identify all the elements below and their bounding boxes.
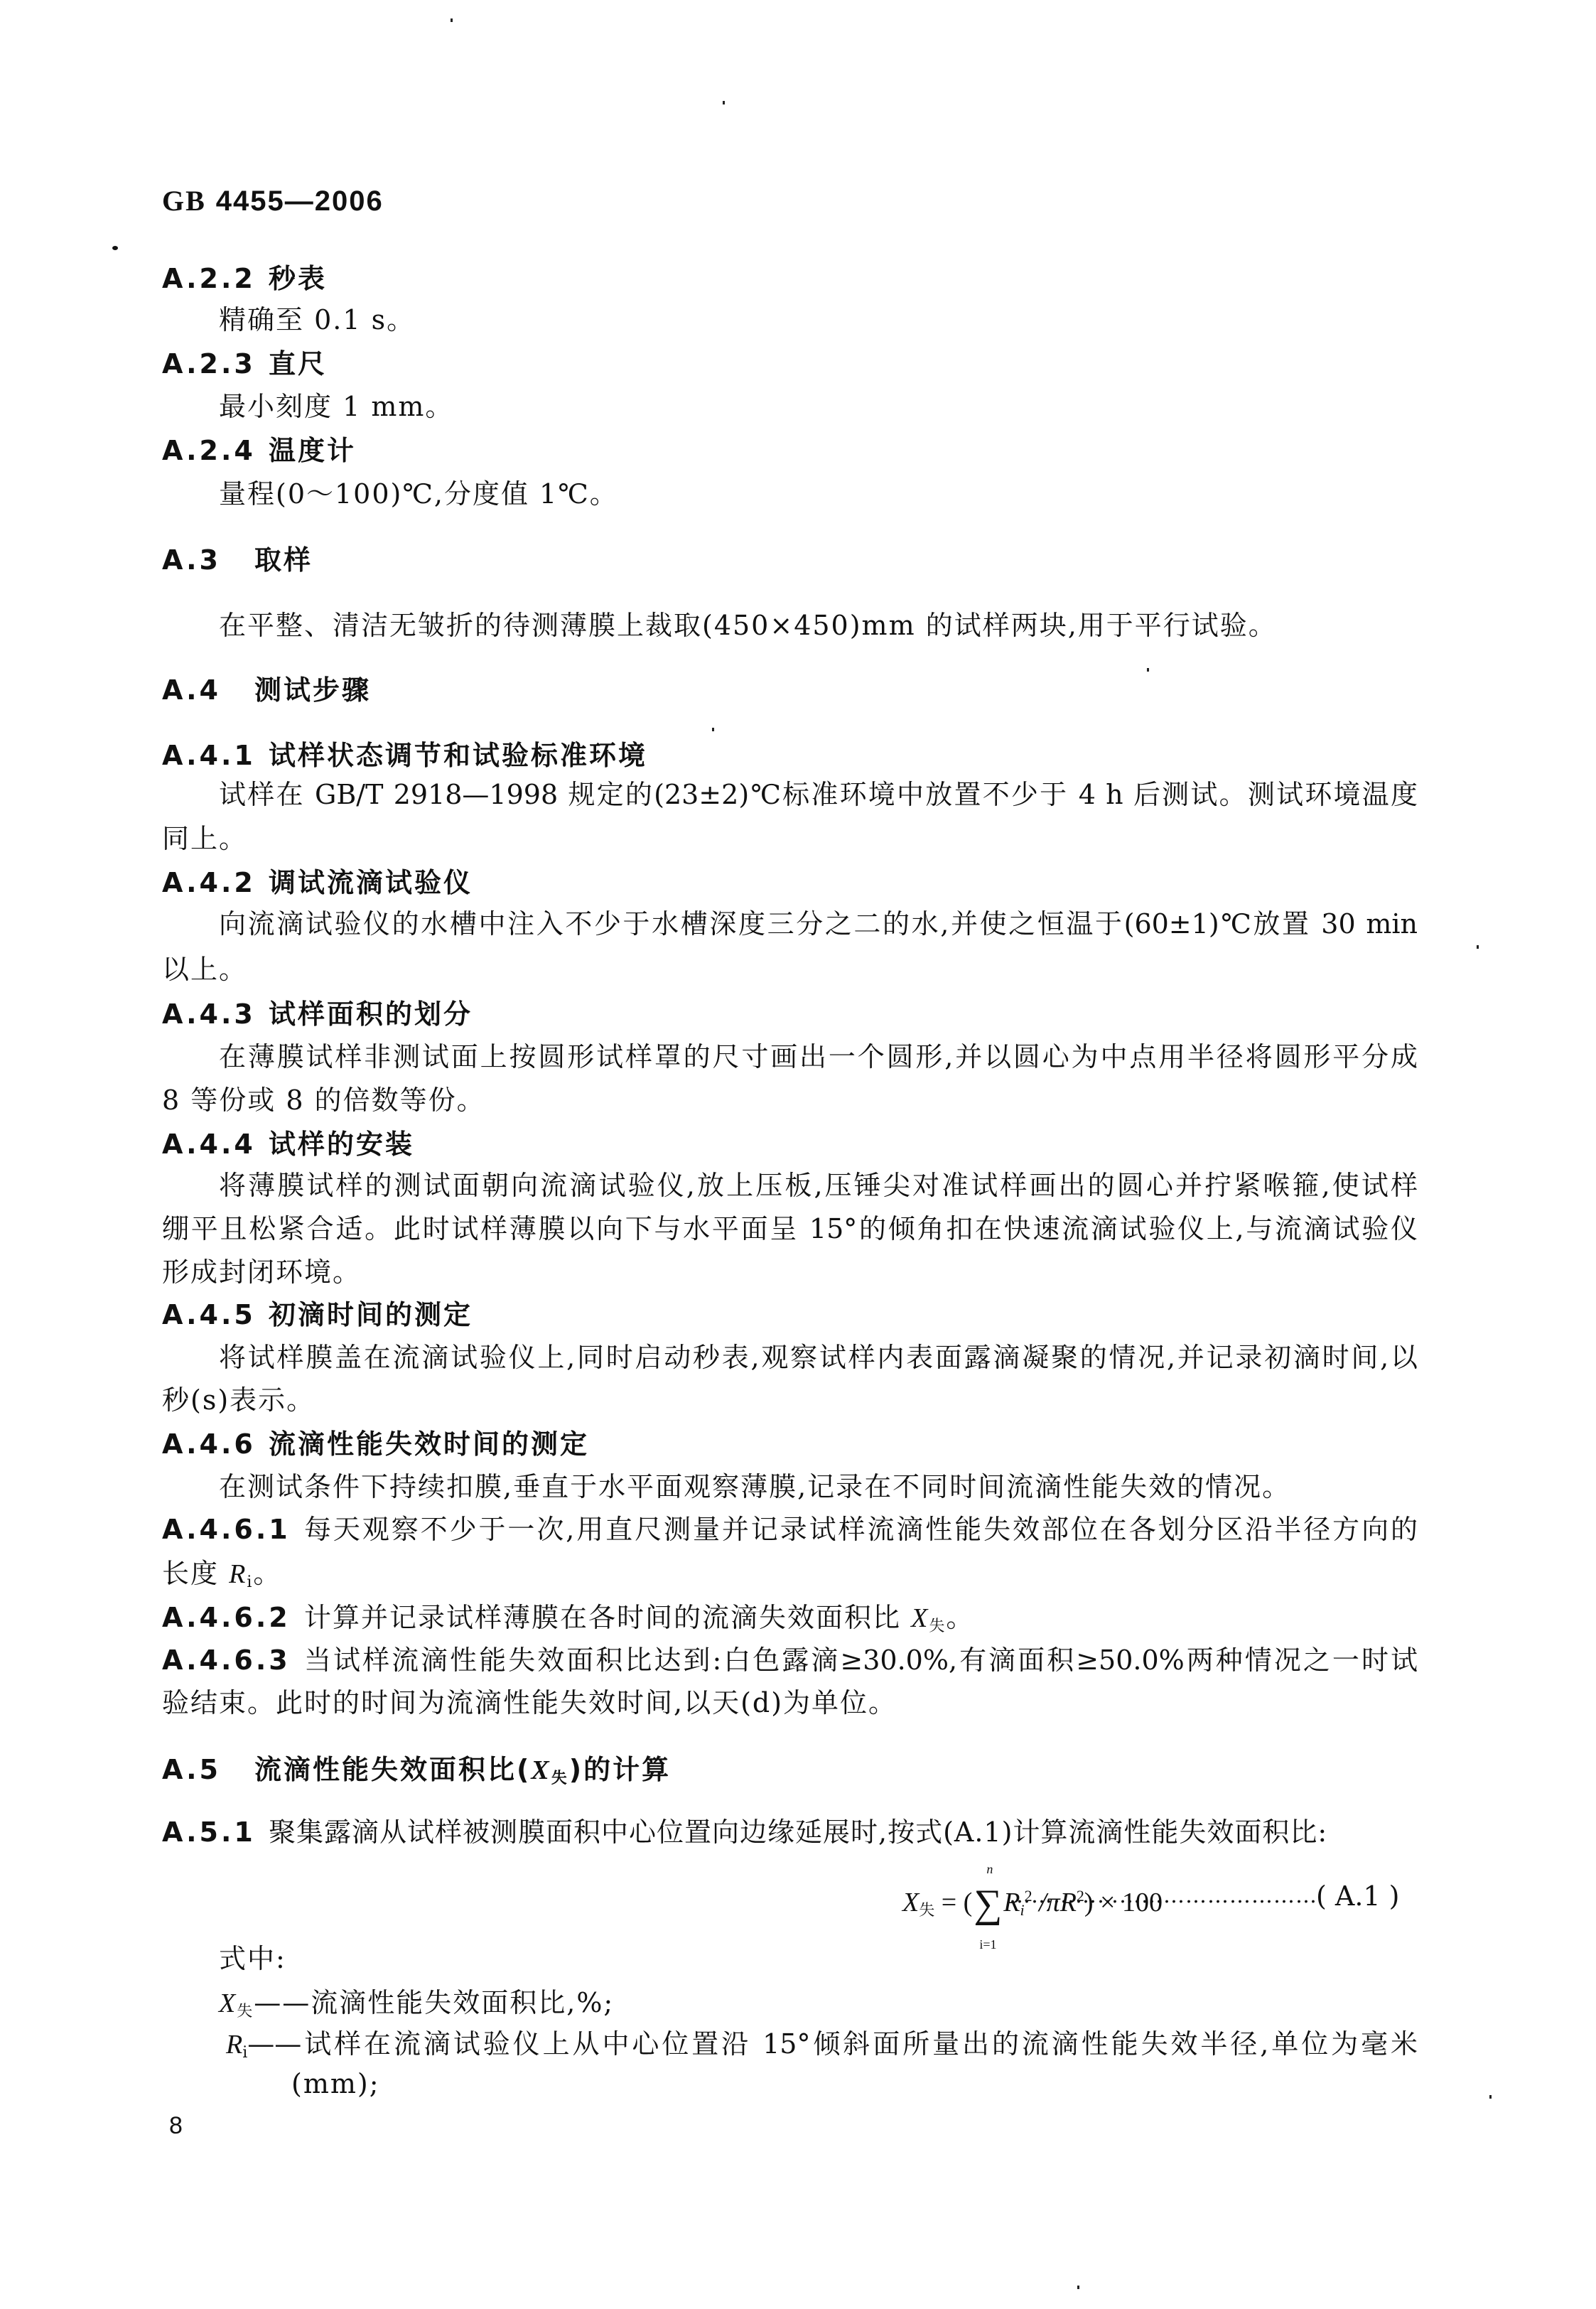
subscript-shi: 失	[237, 2003, 254, 2020]
variable-x: X	[911, 1603, 929, 1633]
clause-a462: A.4.6.2计算并记录试样薄膜在各时间的流滴失效面积比 X失。	[162, 1596, 1418, 1639]
clause-text: 每天观察不少于一次,用直尺测量并记录试样流滴性能失效部位在各划分区沿半径方向的	[304, 1508, 1418, 1551]
section-number: A.4.5	[162, 1293, 269, 1336]
section-number: A.4.1	[162, 734, 269, 777]
equation-number: ( A.1 )	[1316, 1868, 1400, 1925]
subscript-shi: 失	[551, 1770, 569, 1787]
section-number: A.4.3	[162, 993, 269, 1035]
sigma-icon: ∑	[974, 1882, 1002, 1926]
section-heading-a23: A.2.3直尺	[162, 343, 1418, 385]
section-number: A.5	[162, 1748, 254, 1791]
section-title: 试样的安装	[269, 1129, 414, 1160]
section-number: A.4.4	[162, 1123, 269, 1166]
section-heading-a44: A.4.4试样的安装	[162, 1123, 1418, 1166]
paragraph-a41-line1: 试样在 GB/T 2918—1998 规定的(23±2)℃标准环境中放置不少于 …	[219, 773, 1418, 816]
paragraph-a43-line1: 在薄膜试样非测试面上按圆形试样罩的尺寸画出一个圆形,并以圆心为中点用半径将圆形平…	[219, 1035, 1418, 1078]
clause-text: 长度	[162, 1558, 229, 1589]
section-heading-a24: A.2.4温度计	[162, 429, 1418, 472]
section-heading-a45: A.4.5初滴时间的测定	[162, 1293, 1418, 1336]
section-heading-a3: A.3取样	[162, 539, 1418, 581]
scan-speck	[1477, 945, 1479, 949]
where-intro: 式中:	[219, 1937, 1418, 1980]
section-number: A.4.2	[162, 861, 269, 904]
paragraph-a43-line2: 8 等份或 8 的倍数等份。	[162, 1079, 1418, 1121]
section-title: 流滴性能失效时间的测定	[269, 1428, 589, 1460]
clause-a463-line1: A.4.6.3 当试样流滴性能失效面积比达到:白色露滴≥30.0%,有滴面积≥5…	[162, 1639, 1418, 1681]
section-number: A.2.4	[162, 429, 269, 472]
scan-dot	[112, 246, 118, 250]
subscript-i: i	[247, 1573, 253, 1591]
section-heading-a42: A.4.2调试流滴试验仪	[162, 861, 1418, 904]
section-title: 试样状态调节和试验标准环境	[269, 740, 647, 771]
section-title: 试样面积的划分	[269, 999, 473, 1030]
section-title: 取样	[254, 544, 313, 576]
clause-text: 聚集露滴从试样被测膜面积中心位置向边缘延展时,按式(A.1)计算流滴性能失效面积…	[269, 1811, 1418, 1853]
formula-eq: = (	[934, 1888, 972, 1917]
section-number: A.2.2	[162, 257, 269, 300]
section-heading-a46: A.4.6流滴性能失效时间的测定	[162, 1423, 1418, 1465]
variable-x: X	[902, 1888, 919, 1917]
scan-speck	[1077, 2286, 1079, 2289]
section-heading-a22: A.2.2秒表	[162, 257, 1418, 300]
running-header: GB4455—2006	[162, 183, 384, 219]
sum-upper-limit: n	[986, 1863, 993, 1875]
paragraph-a41-line2: 同上。	[162, 817, 1418, 860]
section-number: A.4.6	[162, 1423, 269, 1465]
section-title: 调试流滴试验仪	[269, 867, 473, 898]
definition-symbol: Ri	[226, 2023, 247, 2065]
paragraph-a22: 精确至 0.1 s。	[219, 298, 1418, 341]
section-heading-a4: A.4测试步骤	[162, 669, 1418, 711]
scan-speck	[723, 101, 725, 104]
section-title: 测试步骤	[254, 674, 371, 706]
section-title: 初滴时间的测定	[269, 1299, 473, 1330]
equation-leader-dots: …………………………………………………	[1009, 1868, 1315, 1925]
scan-speck	[1489, 2095, 1492, 2099]
paragraph-a24: 量程(0～100)℃,分度值 1℃。	[219, 473, 1418, 515]
clause-a461-line2: 长度 Ri。	[162, 1552, 1418, 1595]
sum-symbol: ∑ni=1	[974, 1875, 1002, 1932]
header-std: GB	[162, 185, 206, 217]
definition-text: ——试样在流滴试验仪上从中心位置沿 15°倾斜面所量出的流滴性能失效半径,单位为…	[247, 2023, 1418, 2065]
section-number: A.4.6.1	[162, 1508, 304, 1551]
variable-r: R	[226, 2030, 242, 2060]
section-number: A.4	[162, 669, 254, 711]
section-title: 秒表	[269, 263, 327, 294]
subscript-i: i	[242, 2044, 247, 2062]
variable-x: X	[531, 1755, 551, 1785]
section-number: A.3	[162, 539, 254, 581]
paragraph-a44-line2: 绷平且松紧合适。此时试样薄膜以向下与水平面呈 15°的倾角扣在快速流滴试验仪上,…	[162, 1207, 1418, 1250]
paragraph-a44-line3: 形成封闭环境。	[162, 1251, 1418, 1293]
section-number: A.2.3	[162, 343, 269, 385]
scan-speck	[451, 18, 453, 22]
where-r-definition: Ri ——试样在流滴试验仪上从中心位置沿 15°倾斜面所量出的流滴性能失效半径,…	[226, 2023, 1418, 2065]
title-text: 流滴性能失效面积比(	[254, 1754, 531, 1785]
clause-text: 。	[946, 1602, 974, 1633]
page-number: 8	[169, 2108, 183, 2143]
header-code: 4455—2006	[216, 185, 384, 217]
section-heading-a41: A.4.1试样状态调节和试验标准环境	[162, 734, 1418, 777]
title-text: )的计算	[569, 1754, 671, 1785]
variable-r: R	[229, 1559, 247, 1589]
paragraph-a45-line1: 将试样膜盖在流滴试验仪上,同时启动秒表,观察试样内表面露滴凝聚的情况,并记录初滴…	[219, 1336, 1418, 1379]
clause-a463-line2: 验结束。此时的时间为流滴性能失效时间,以天(d)为单位。	[162, 1681, 1418, 1724]
subscript-shi: 失	[929, 1618, 946, 1635]
clause-text: 计算并记录试样薄膜在各时间的流滴失效面积比	[304, 1602, 911, 1633]
section-title: 流滴性能失效面积比(X失)的计算	[254, 1754, 671, 1785]
variable-x: X	[219, 1988, 237, 2018]
paragraph-a44-line1: 将薄膜试样的测试面朝向流滴试验仪,放上压板,压锤尖对准试样画出的圆心并拧紧喉箍,…	[219, 1164, 1418, 1207]
subscript-shi: 失	[919, 1901, 934, 1919]
scan-speck	[712, 728, 714, 731]
paragraph-a45-line2: 秒(s)表示。	[162, 1379, 1418, 1421]
paragraph-a46-line1: 在测试条件下持续扣膜,垂直于水平面观察薄膜,记录在不同时间流滴性能失效的情况。	[219, 1465, 1418, 1508]
section-title: 温度计	[269, 435, 356, 466]
paragraph-a42-line1: 向流滴试验仪的水槽中注入不少于水槽深度三分之二的水,并使之恒温于(60±1)℃放…	[219, 903, 1418, 945]
section-number: A.4.6.3	[162, 1639, 304, 1681]
clause-text: 。	[253, 1558, 281, 1589]
paragraph-a23: 最小刻度 1 mm。	[219, 385, 1418, 428]
where-r-definition-line2: (mm);	[291, 2062, 576, 2105]
where-x-definition: X失——流滴性能失效面积比,%;	[219, 1981, 1418, 2024]
section-number: A.5.1	[162, 1811, 269, 1853]
clause-a461-line1: A.4.6.1 每天观察不少于一次,用直尺测量并记录试样流滴性能失效部位在各划分…	[162, 1508, 1418, 1551]
clause-text: 当试样流滴性能失效面积比达到:白色露滴≥30.0%,有滴面积≥50.0%两种情况…	[304, 1639, 1418, 1681]
section-heading-a5: A.5流滴性能失效面积比(X失)的计算	[162, 1748, 1418, 1791]
section-heading-a43: A.4.3试样面积的划分	[162, 993, 1418, 1035]
section-title: 直尺	[269, 348, 327, 380]
section-number: A.4.6.2	[162, 1596, 304, 1639]
paragraph-a3: 在平整、清洁无皱折的待测薄膜上裁取(450×450)mm 的试样两块,用于平行试…	[219, 604, 1418, 647]
clause-a51: A.5.1 聚集露滴从试样被测膜面积中心位置向边缘延展时,按式(A.1)计算流滴…	[162, 1811, 1418, 1853]
paragraph-a42-line2: 以上。	[162, 948, 1418, 991]
definition-text: ——流滴性能失效面积比,%;	[254, 1987, 614, 2018]
